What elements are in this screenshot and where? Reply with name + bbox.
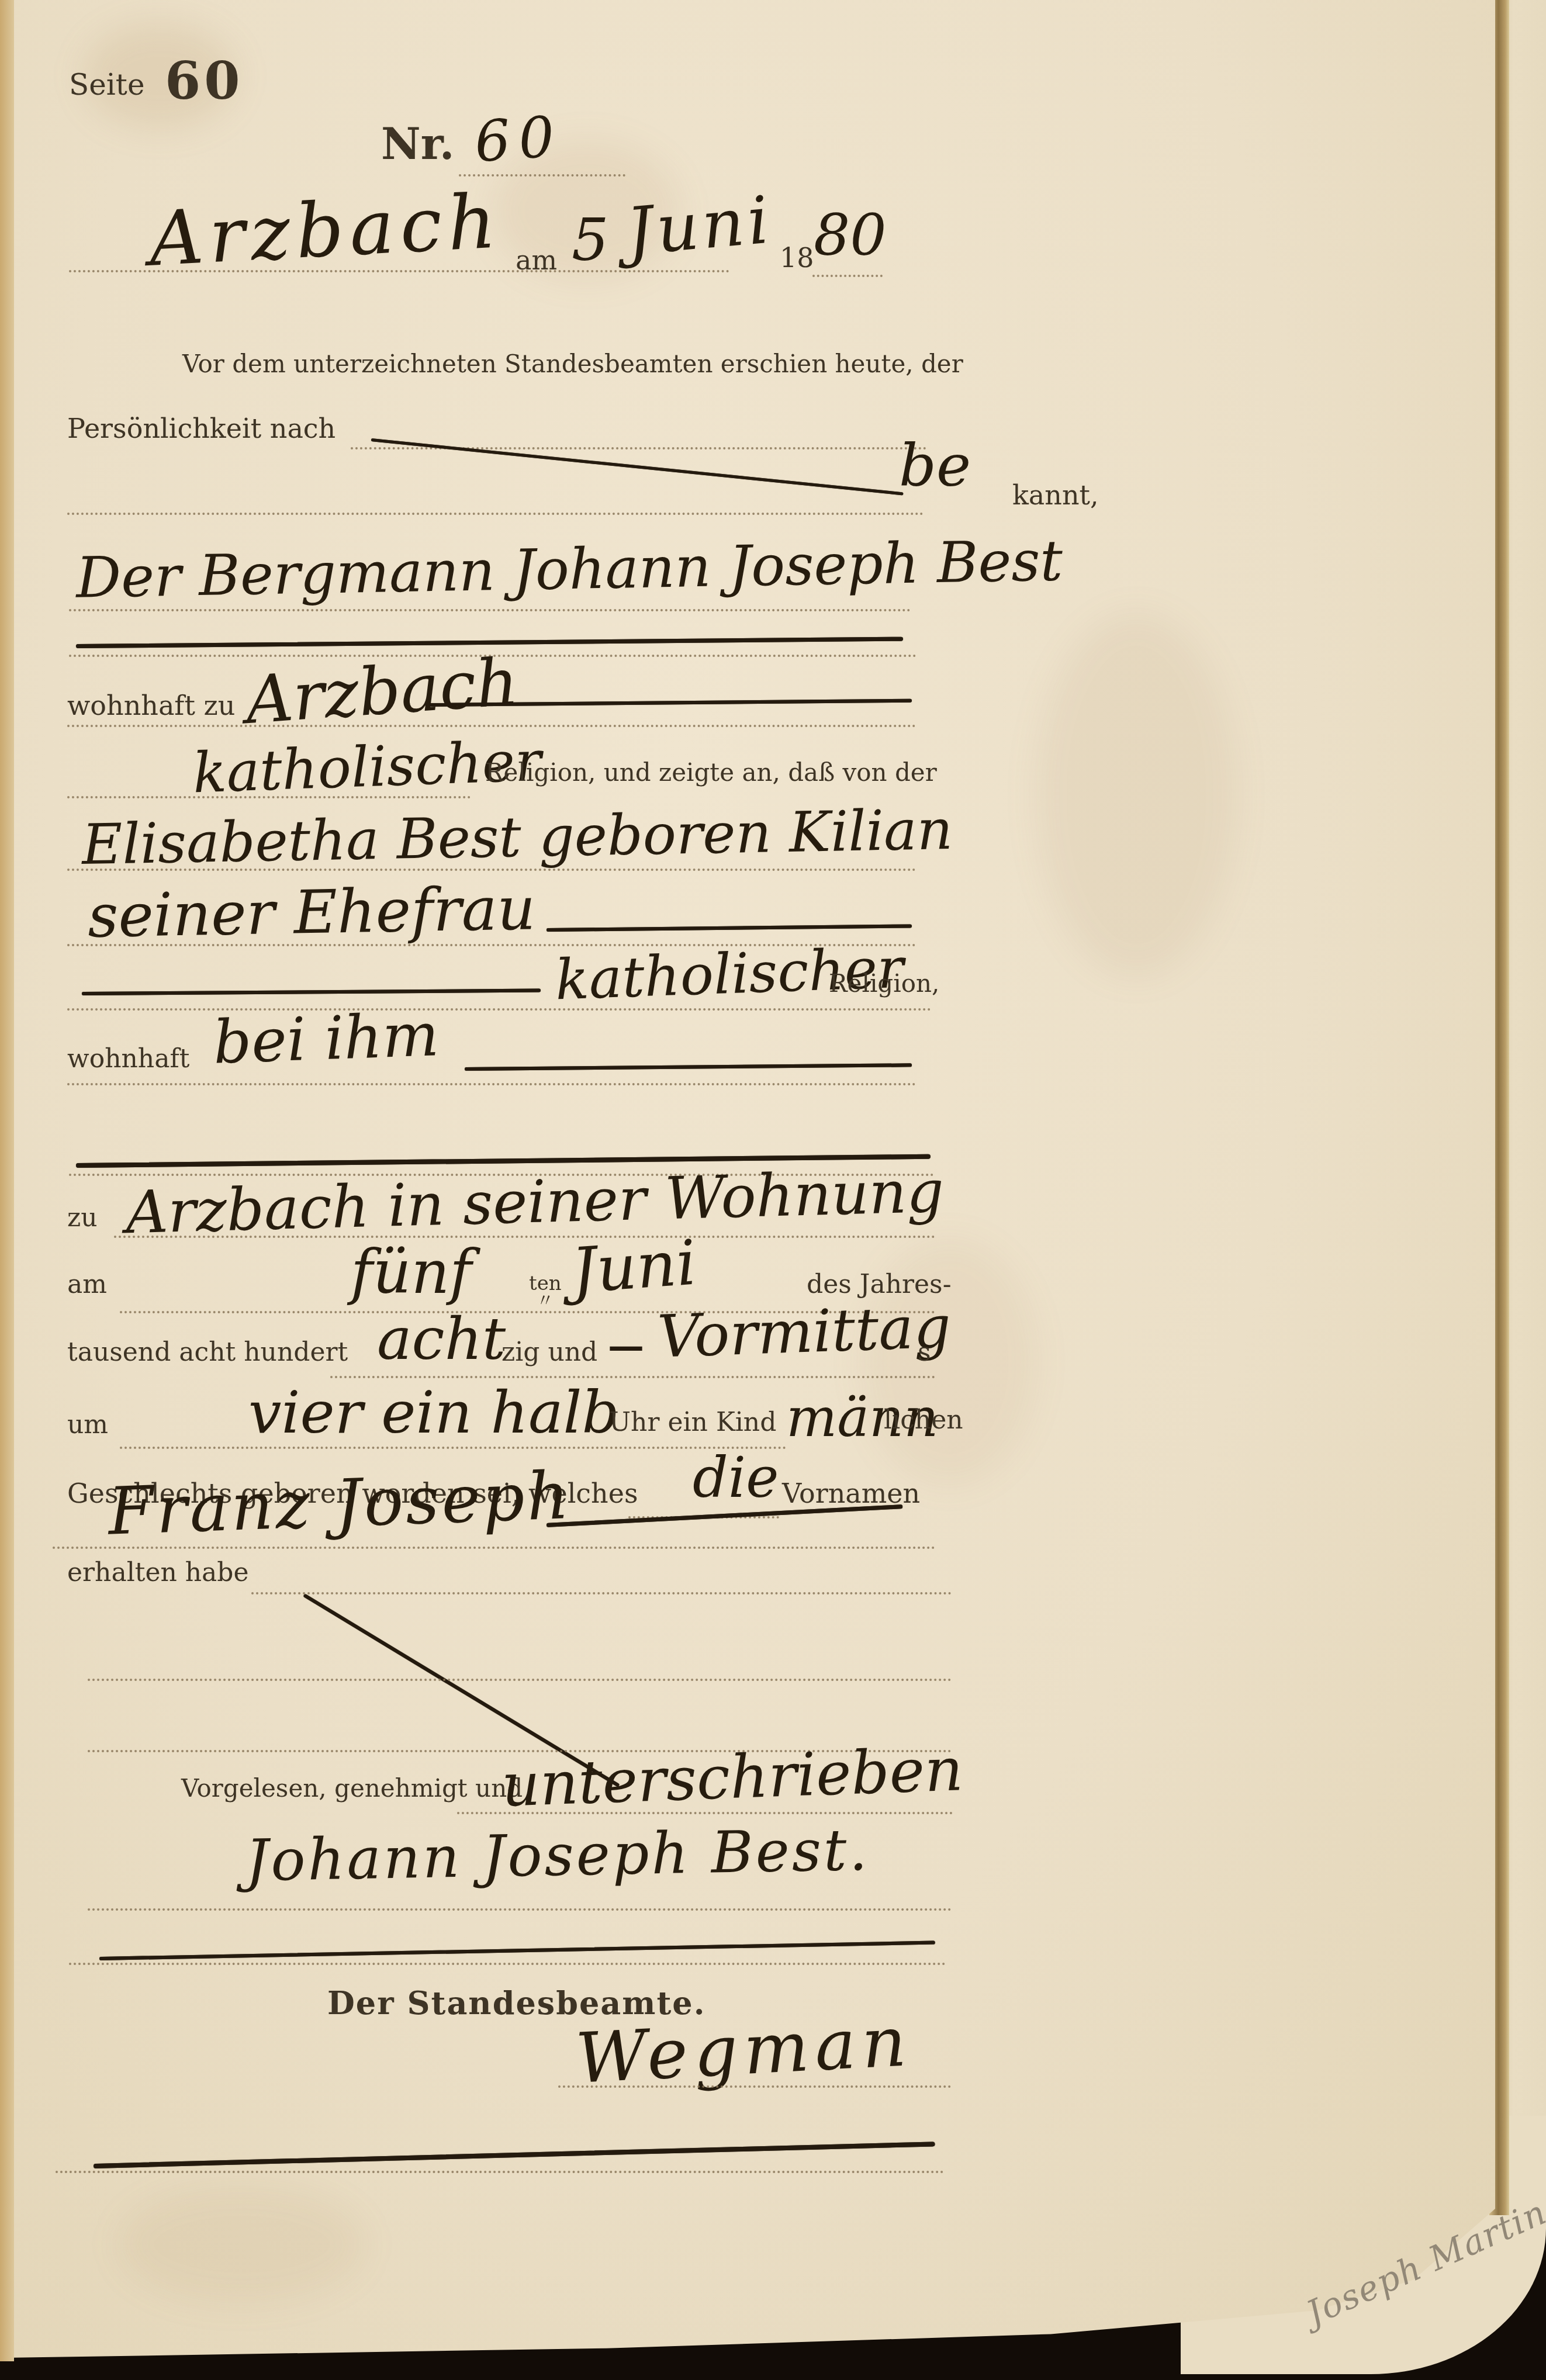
child-names: Franz Joseph (107, 1458, 573, 1550)
dotted-line (67, 513, 924, 515)
dotted-line (812, 275, 883, 277)
dotted-line (88, 1679, 952, 1681)
page-number: 60 (165, 50, 243, 111)
dotted-line (53, 1547, 935, 1549)
dateline-month: Juni (624, 182, 775, 270)
dotted-line (88, 1908, 952, 1911)
paper-stain (119, 2186, 365, 2303)
dateline-year-printed: 18 (780, 242, 814, 274)
birth-month: Juni (569, 1227, 698, 1307)
lichen-label: lichen (884, 1405, 963, 1435)
dotted-line (251, 1592, 952, 1594)
die-value: die (693, 1446, 779, 1510)
ehefrau-text: seiner Ehefrau (87, 874, 536, 951)
dotted-line (67, 1008, 931, 1011)
religion1-label: Religion, und zeigte an, daß von der (485, 758, 937, 787)
dotted-line (67, 869, 916, 871)
residence-label: wohnhaft zu (67, 690, 235, 721)
declarant-signature: Johann Joseph Best. (245, 1817, 870, 1895)
dotted-line (56, 2171, 944, 2173)
background-page-edge (0, 0, 14, 2361)
birth-hour: vier ein halb (248, 1378, 620, 1447)
dotted-line (69, 1963, 946, 1965)
closing-printed: Vorgelesen, genehmigt und (181, 1774, 523, 1803)
dotted-line (459, 174, 625, 177)
tausend-text: tausend acht hundert (67, 1337, 348, 1367)
identity-printed-suffix: kannt, (1012, 479, 1099, 511)
identity-handwritten: be (899, 431, 971, 500)
religion2-label: Religion, (829, 969, 939, 998)
birthplace-zu: zu (67, 1203, 98, 1233)
um-label: um (67, 1410, 108, 1440)
zig-und: zig und (502, 1337, 597, 1367)
ten-label: ten (529, 1277, 562, 1291)
record-number-label: Nr. (381, 119, 455, 169)
birthdate-am: am (67, 1269, 107, 1299)
birth-daytime: Vormittag (656, 1292, 952, 1371)
dotted-line (558, 2085, 951, 2088)
dateline-place: Arzbach (147, 178, 504, 283)
dotted-line (69, 609, 911, 611)
paper-stain (1037, 614, 1236, 976)
dotted-line (67, 1083, 916, 1085)
uhr-label: Uhr ein Kind (609, 1407, 776, 1437)
dotted-line (67, 796, 471, 798)
ditto-mark: 〃 (529, 1295, 562, 1307)
dash-mark: — (608, 1324, 644, 1367)
residence2-value: bei ihm (212, 1000, 440, 1077)
dotted-line (120, 1447, 786, 1449)
dotted-line (69, 270, 729, 272)
page-number-label: Seite (69, 68, 145, 102)
record-number: 60 (472, 103, 565, 175)
dotted-line (67, 725, 916, 727)
birth-day-suffix: ten 〃 (529, 1277, 562, 1307)
intro-text: Vor dem unterzeichneten Standesbeamten e… (182, 350, 963, 378)
dotted-line (114, 1236, 935, 1238)
dotted-line (457, 1812, 953, 1814)
birth-decade: acht (377, 1305, 506, 1373)
erhalten-label: erhalten habe (67, 1558, 249, 1587)
residence2-label: wohnhaft (67, 1044, 189, 1074)
identity-label: Persönlichkeit nach (67, 413, 336, 444)
daytime-s: s (918, 1337, 931, 1367)
birth-day: fünf (351, 1238, 472, 1307)
dateline-day: 5 (572, 206, 609, 274)
dateline-year-handwritten: 80 (814, 202, 887, 269)
